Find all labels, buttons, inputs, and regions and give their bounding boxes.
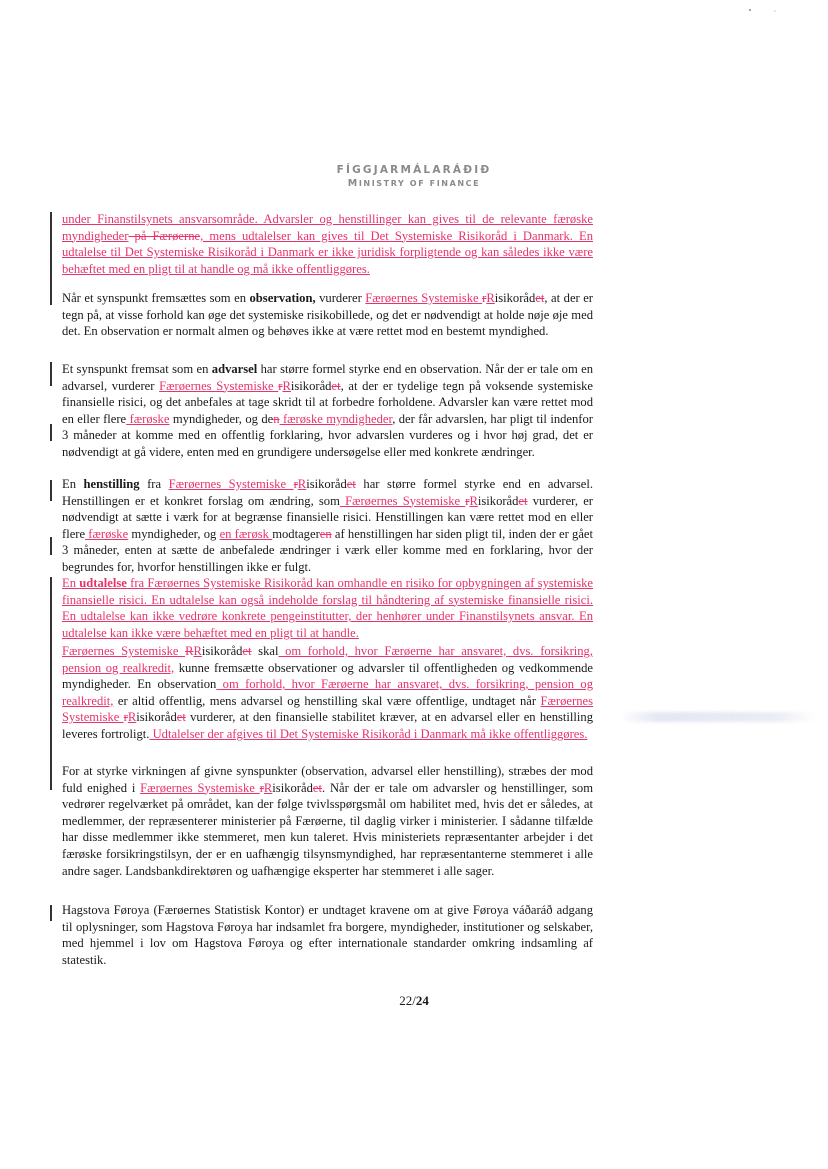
inserted-text: færøske: [85, 527, 128, 541]
text: myndigheder, og: [128, 527, 219, 541]
text: modtager: [272, 527, 320, 541]
text: er altid offentlig, mens advarsel og hen…: [113, 694, 540, 708]
scan-smudge: [620, 712, 815, 722]
inserted-text: en færøsk: [220, 527, 273, 541]
scan-speck: [774, 10, 776, 12]
inserted-text: En: [62, 576, 79, 590]
paragraph-henstilling: En henstilling fra Færøernes Systemiske …: [62, 476, 593, 576]
text: isikoråd: [478, 494, 519, 508]
text: . Når der er tale om advarsler og hensti…: [62, 781, 593, 878]
text: isikoråd: [272, 781, 313, 795]
paragraph-hagstova: Hagstova Føroya (Færøernes Statistisk Ko…: [62, 902, 593, 968]
paragraph-risk-council-statements: under Finanstilsynets ansvarsområde. Adv…: [62, 211, 593, 277]
paragraph-publication: Færøernes Systemiske RRisikorådet skal o…: [62, 643, 593, 743]
deleted-text: et: [177, 710, 186, 724]
inserted-text: R: [486, 291, 494, 305]
document-page: FÍGGJARMÁLARÁÐIÐ MINISTRY OF FINANCE und…: [0, 0, 828, 1169]
inserted-text: R: [298, 477, 306, 491]
inserted-text: Færøernes Systemiske: [365, 291, 482, 305]
deleted-text: et: [347, 477, 356, 491]
inserted-text: R: [193, 644, 201, 658]
inserted-text: færøske: [126, 412, 169, 426]
change-bar: [50, 362, 52, 386]
subtitle-rest: INISTRY OF FINANCE: [359, 179, 480, 188]
text: Hagstova Føroya (Færøernes Statistisk Ko…: [62, 903, 593, 967]
deleted-text: et: [518, 494, 527, 508]
deleted-text: på Færøerne: [128, 229, 200, 243]
inserted-text: R: [283, 379, 291, 393]
deleted-text: en: [320, 527, 332, 541]
text: isikoråd: [495, 291, 536, 305]
paragraph-observation: Når et synspunkt fremsættes som en obser…: [62, 290, 593, 340]
text: isikoråd: [202, 644, 243, 658]
text: isikoråd: [291, 379, 332, 393]
change-bar: [50, 905, 52, 921]
text: isikoråd: [306, 477, 347, 491]
change-bar: [50, 212, 52, 305]
text: Et synspunkt fremsat som en: [62, 362, 212, 376]
change-bar: [50, 424, 52, 441]
inserted-text: Færøernes Systemiske: [159, 379, 278, 393]
text: En: [62, 477, 84, 491]
inserted-text: R: [128, 710, 136, 724]
inserted-text: Udtalelser der afgives til Det Systemisk…: [149, 727, 587, 741]
inserted-text: Færøernes Systemiske: [62, 644, 185, 658]
inserted-text: Færøernes Systemiske: [340, 494, 465, 508]
page-current: 22/: [399, 993, 416, 1008]
text: myndigheder, og de: [169, 412, 273, 426]
text: isikoråd: [136, 710, 177, 724]
deleted-text: et: [331, 379, 340, 393]
inserted-text: færøske myndigheder: [280, 412, 393, 426]
letterhead-subtitle: MINISTRY OF FINANCE: [0, 178, 828, 189]
deleted-text: et: [313, 781, 322, 795]
change-bar: [50, 480, 52, 501]
letterhead-title: FÍGGJARMÁLARÁÐIÐ: [0, 164, 828, 176]
term-henstilling: henstilling: [84, 477, 140, 491]
term-advarsel: advarsel: [212, 362, 257, 376]
term-observation: observation,: [250, 291, 316, 305]
text: fra: [140, 477, 169, 491]
scan-speck: [749, 9, 751, 11]
paragraph-udtalelse: En udtalelse fra Færøernes Systemiske Ri…: [62, 575, 593, 641]
term-udtalelse: udtalelse: [79, 576, 127, 590]
change-bar: [50, 577, 52, 790]
page-number: 22/24: [0, 993, 828, 1009]
inserted-text: R: [469, 494, 477, 508]
page-total: 24: [416, 993, 429, 1008]
paragraph-consensus: For at styrke virkningen af givne synspu…: [62, 763, 593, 879]
inserted-text: Færøernes Systemiske: [169, 477, 294, 491]
change-bar: [50, 537, 52, 555]
inserted-text: fra Færøernes Systemiske Risikoråd kan o…: [62, 576, 593, 640]
text: vurderer: [316, 291, 366, 305]
subtitle-cap: M: [348, 178, 359, 189]
text: Når et synspunkt fremsættes som en: [62, 291, 250, 305]
text: skal: [252, 644, 279, 658]
inserted-text: Færøernes Systemiske: [140, 781, 260, 795]
paragraph-advarsel: Et synspunkt fremsat som en advarsel har…: [62, 361, 593, 461]
deleted-text: et: [242, 644, 251, 658]
